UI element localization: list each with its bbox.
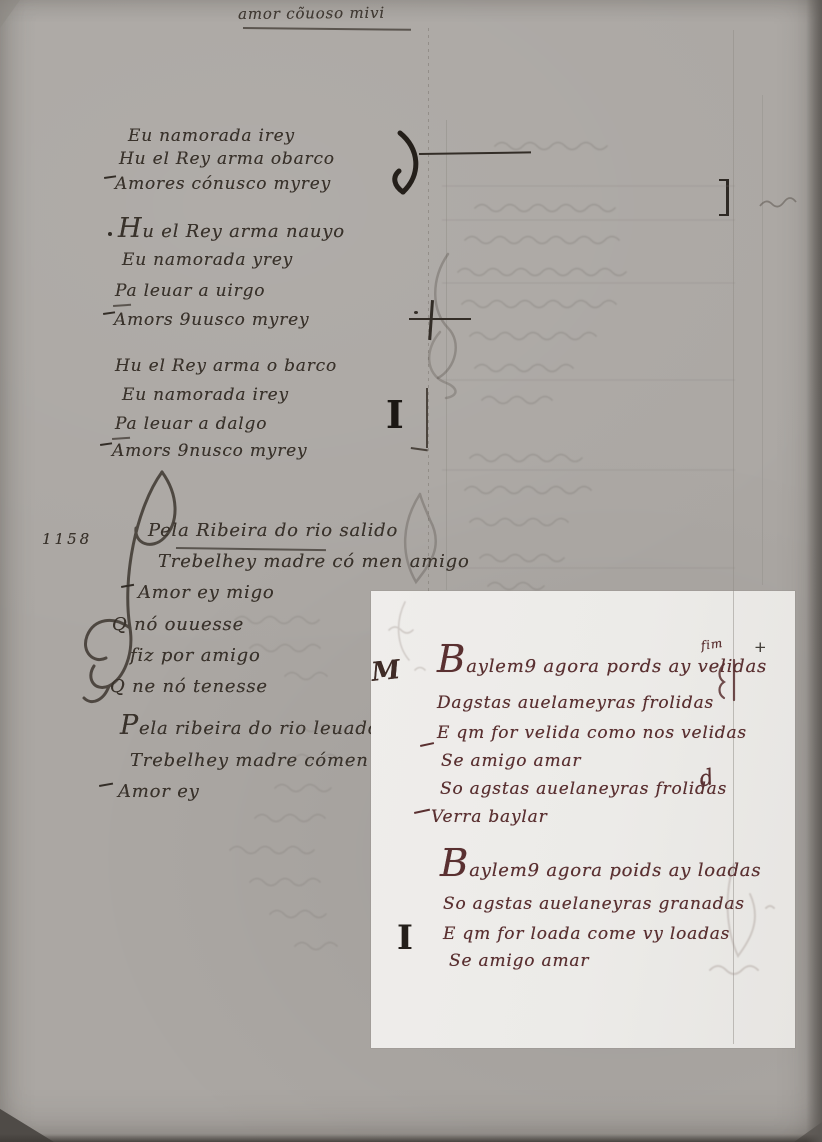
- verse-line: Amor ey: [118, 781, 200, 802]
- column-rule-far-right: [762, 95, 763, 585]
- verse-line: Amores cónusco myrey: [115, 174, 331, 194]
- paren-bracket-mark: [390, 130, 430, 196]
- slip-verse-line: Se amigo amar: [449, 951, 589, 971]
- slip-verse-line: Baylem9 agora pords ay velidas: [437, 656, 767, 677]
- slip-verse-line: E qm for loada come vy loadas: [443, 924, 730, 944]
- slip-margin-initial-i: I: [397, 918, 414, 958]
- page-corner-topleft: [0, 0, 20, 28]
- bleedthrough-text: [440, 128, 740, 598]
- slip-verse-line: Verra baylar: [431, 807, 548, 827]
- plus-mark: +: [754, 638, 767, 656]
- vertical-stroke-mark: [426, 388, 428, 448]
- slip-verse-line: So agstas auelaneyras frolidas: [440, 779, 727, 799]
- tie-mark: [99, 783, 113, 787]
- bullet-mark: [108, 232, 112, 236]
- verse-line: Eu namorada yrey: [122, 250, 293, 270]
- verse-line: Hu el Rey arma o barco: [115, 356, 337, 376]
- verse-line: Eu namorada irey: [122, 385, 289, 405]
- margin-scribble: [758, 192, 798, 212]
- slip-verse-line: Dagstas auelameyras frolidas: [437, 693, 714, 713]
- verse-line: Hu el Rey arma obarco: [119, 149, 335, 169]
- page-edge-bottom: [0, 1134, 822, 1142]
- verse-line: Pela Ribeira do rio salido: [148, 520, 398, 541]
- page-edge-right: [806, 0, 822, 1142]
- slip-verse-line: Se amigo amar: [441, 751, 581, 771]
- check-mark: M: [370, 655, 403, 688]
- slip-verse-line: E qm for velida como nos velidas: [437, 723, 747, 743]
- slip-ghost-flourish: [700, 860, 780, 990]
- ink-dot: [414, 311, 418, 314]
- verse-line: Amors 9nusco myrey: [112, 441, 307, 461]
- header-note-underline: [243, 27, 411, 31]
- header-note: amor cõuoso mivi: [238, 4, 385, 23]
- verse-line: Pa leuar a uirgo: [115, 281, 265, 301]
- flourish-underline: [112, 437, 130, 440]
- margin-initial-i: I: [386, 392, 405, 437]
- verse-line: Hu el Rey arma nauyo: [118, 221, 345, 242]
- verse-line: Pa leuar a dalgo: [115, 414, 267, 434]
- tie-mark: [100, 442, 112, 446]
- flourish-underline: [113, 304, 131, 307]
- verse-line: Amors 9uusco myrey: [114, 310, 309, 330]
- verse-line: Eu namorada irey: [128, 126, 295, 146]
- manuscript-page: amor cõuoso mivi Eu namorada irey Hu el …: [0, 0, 822, 1142]
